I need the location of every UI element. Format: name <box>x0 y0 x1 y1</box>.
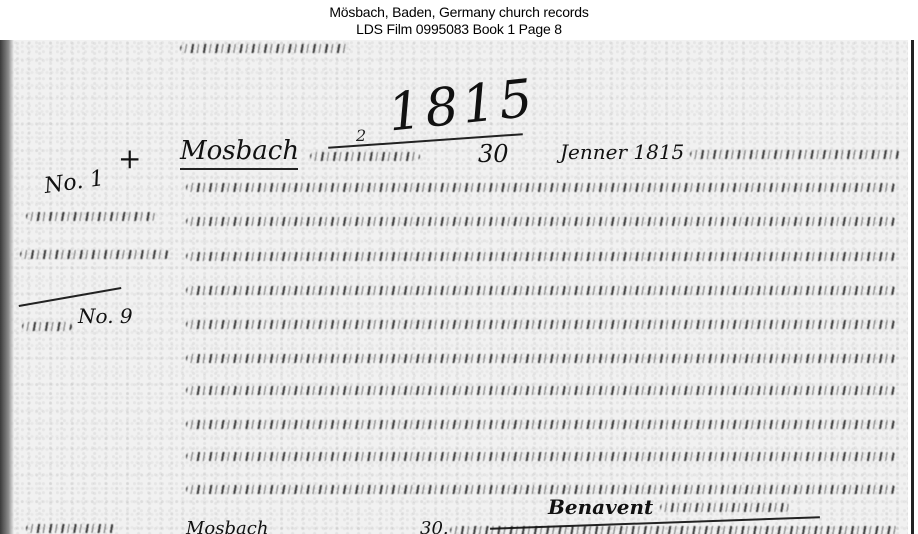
page-right-border <box>908 40 918 534</box>
handwriting-line-illegible <box>186 252 896 261</box>
handwriting-line-illegible <box>186 386 896 395</box>
handwriting-line-illegible <box>690 150 900 159</box>
margin-name-line-1 <box>26 212 156 221</box>
year-heading: 1815 <box>385 68 539 143</box>
entry-place-heading: Mosbach <box>180 136 299 166</box>
margin-cross-mark: + <box>118 142 141 175</box>
signature: Benavent <box>548 495 653 519</box>
page-header: Mösbach, Baden, Germany church records L… <box>0 0 918 40</box>
handwriting-line-illegible <box>186 320 896 329</box>
handwriting-line-illegible <box>186 217 896 226</box>
handwriting-line-illegible <box>310 152 420 161</box>
handwriting-line-illegible <box>186 420 896 429</box>
entry-date-month-year: Jenner 1815 <box>560 140 684 164</box>
scanned-document-image: 1815 2 No. 1 + No. 9 Mosbach 30 Jenner 1… <box>0 40 918 534</box>
margin-reference-prefix <box>22 322 72 331</box>
handwriting-line-illegible <box>186 452 896 461</box>
margin-reference: No. 9 <box>78 304 133 328</box>
place-underline <box>180 168 298 170</box>
header-title-line-1: Mösbach, Baden, Germany church records <box>0 0 918 21</box>
handwriting-line-illegible <box>186 183 896 192</box>
handwriting-line-illegible <box>186 354 896 363</box>
next-entry-place: Mosbach <box>186 518 268 534</box>
header-title-line-2: LDS Film 0995083 Book 1 Page 8 <box>0 21 918 38</box>
page-binding-shadow <box>0 40 14 534</box>
year-mark: 2 <box>356 126 366 145</box>
handwriting-line-illegible <box>186 286 896 295</box>
next-entry-day: 30. <box>420 518 449 534</box>
handwriting-line-illegible <box>180 44 350 53</box>
entry-date-day: 30 <box>478 140 509 168</box>
margin-next-entry-mark <box>26 524 116 533</box>
handwriting-line-illegible <box>450 526 900 534</box>
handwriting-line-illegible <box>186 485 896 494</box>
margin-name-line-2 <box>20 250 170 259</box>
signature-name-2 <box>660 503 790 512</box>
margin-entry-number: No. 1 <box>43 166 106 199</box>
